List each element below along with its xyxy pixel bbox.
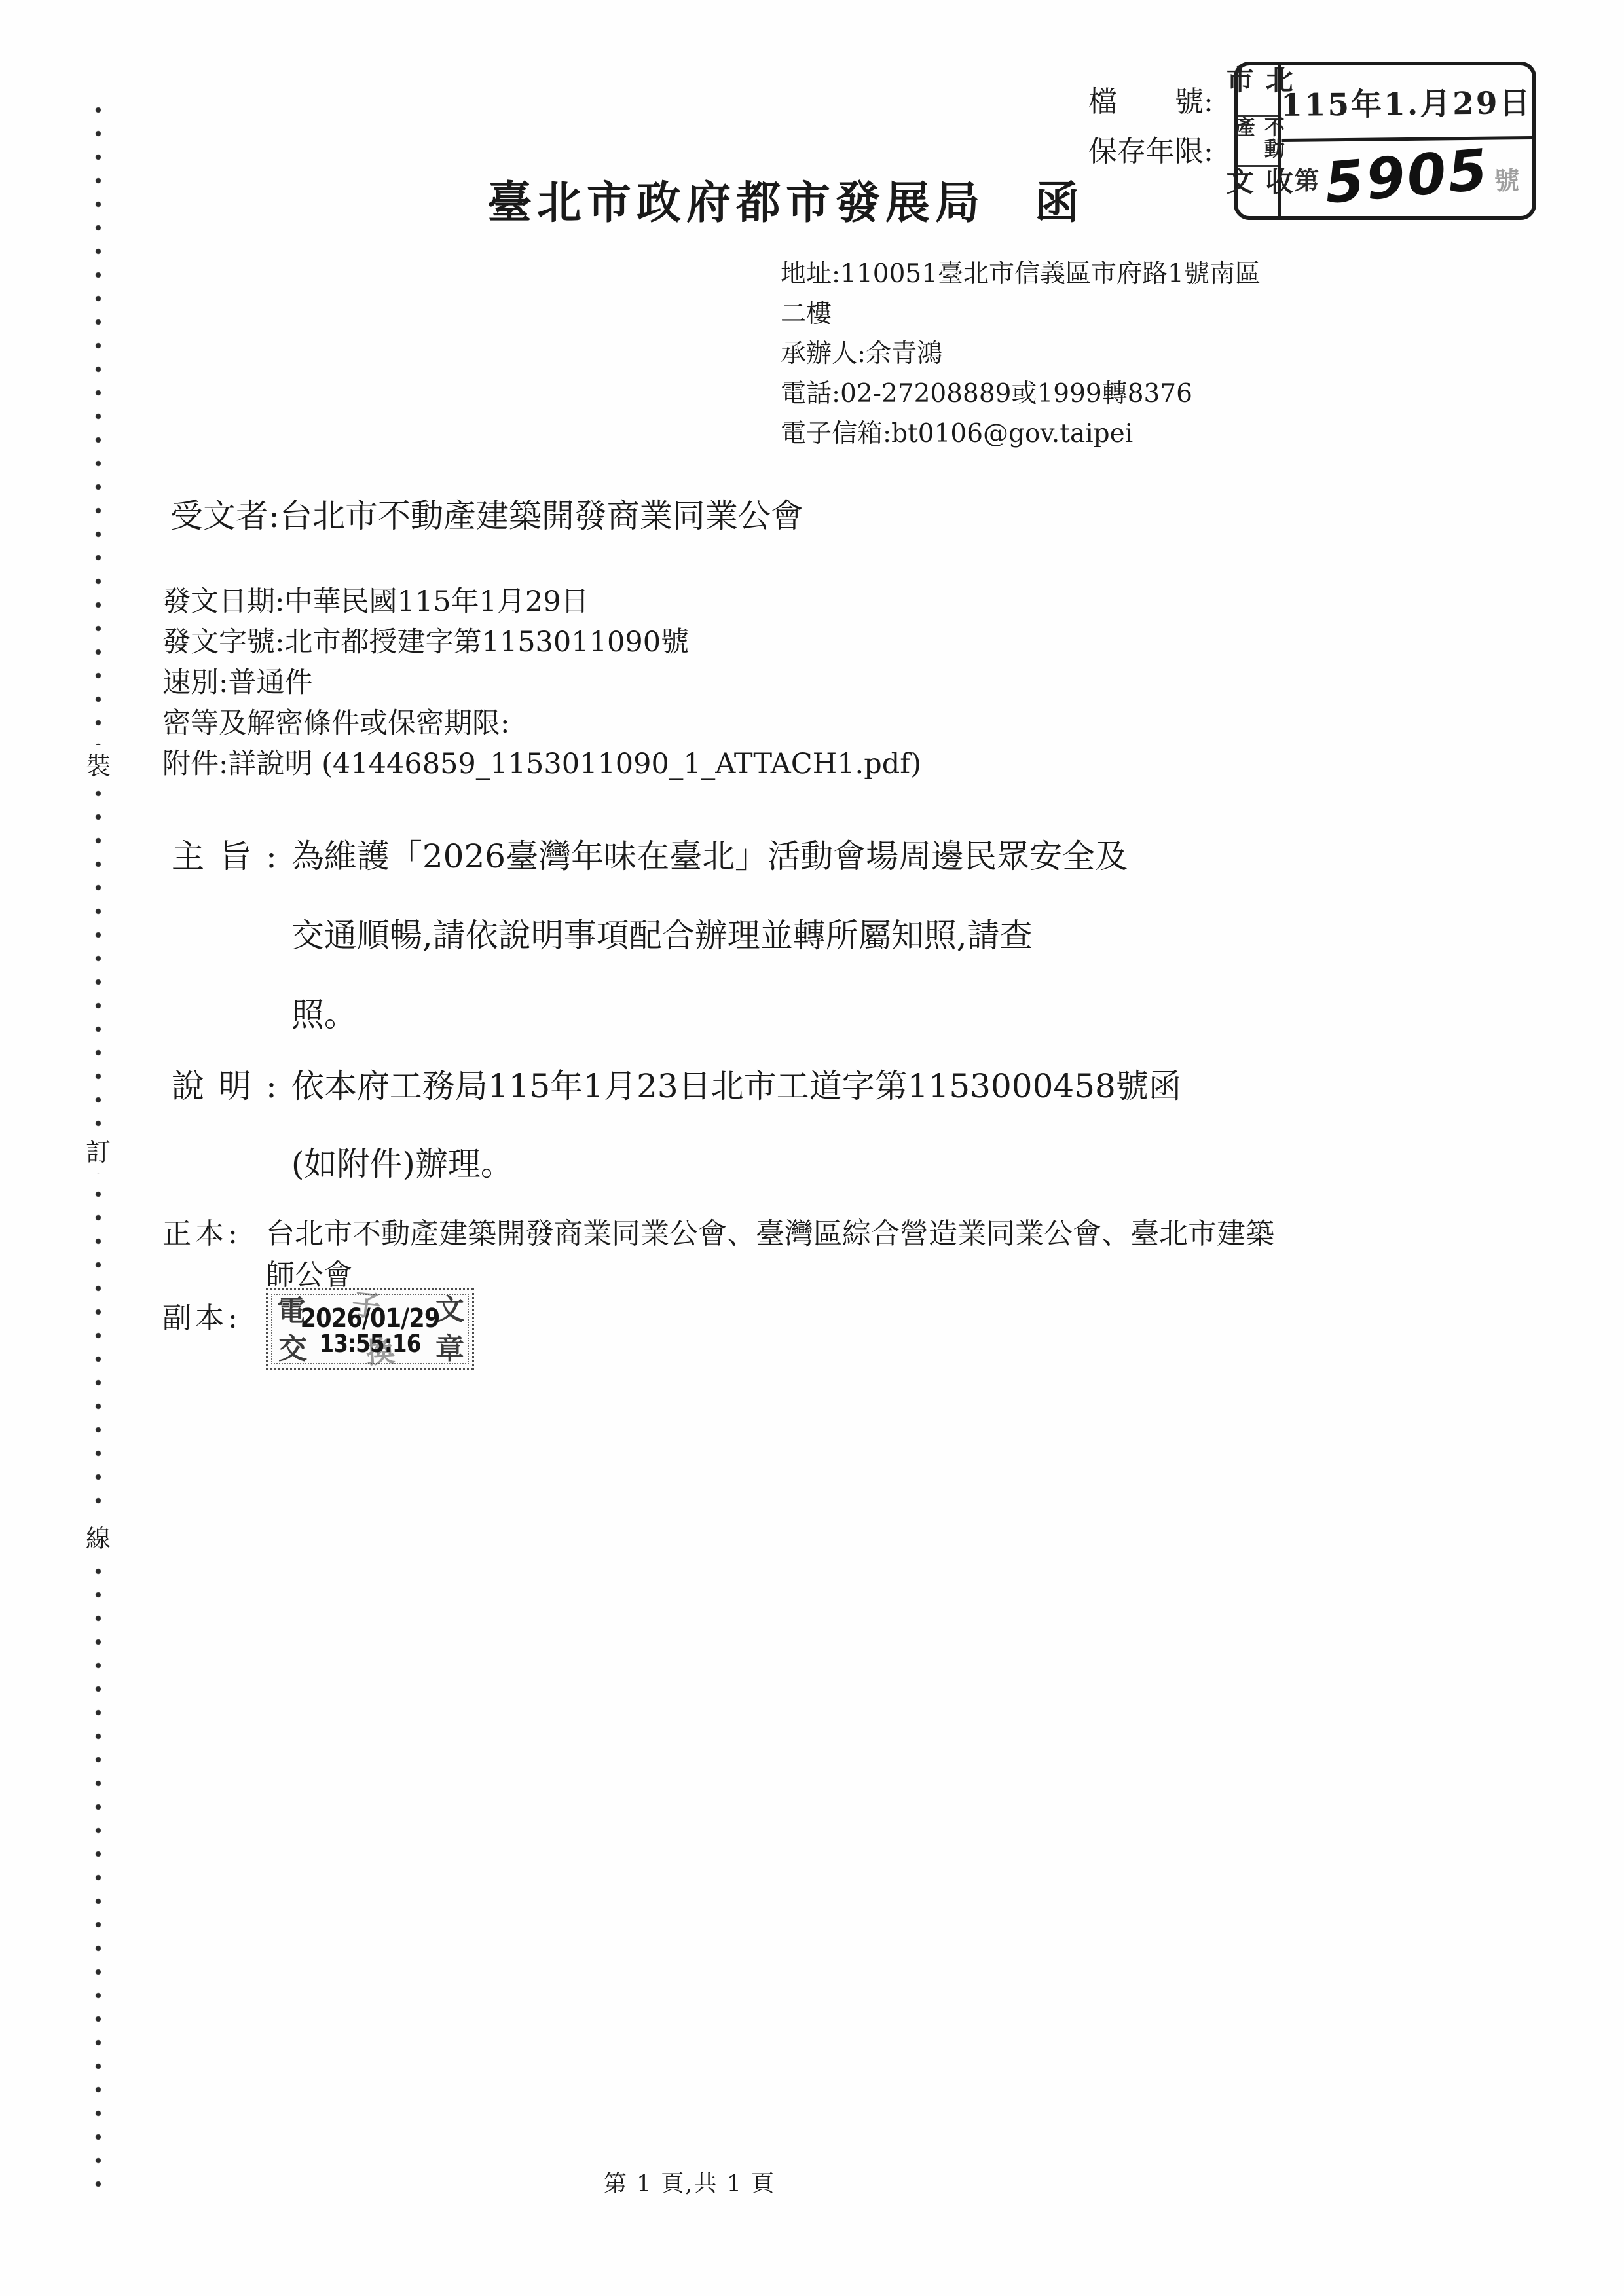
subject-line1: 為維護「2026臺灣年味在臺北」活動會場周邊民眾安全及 [291, 817, 1128, 896]
receipt-number-suffix: 號 [1494, 160, 1519, 196]
receipt-number-prefix: 第 [1294, 160, 1319, 196]
sender-address-line2: 二樓 [781, 294, 1261, 334]
description-line1: 依本府工務局115年1月23日北市工道字第1153000458號函 [291, 1048, 1181, 1125]
speed-class-line: 速別:普通件 [162, 663, 921, 703]
receipt-stamp-org-1: 北市 [1238, 65, 1278, 115]
sender-info-block: 地址:110051臺北市信義區市府路1號南區 二樓 承辦人:余青鴻 電話:02-… [781, 254, 1261, 454]
metadata-block: 發文日期:中華民國115年1月29日 發文字號:北市都授建字第115301109… [162, 581, 921, 784]
page-footer: 第 1 頁,共 1 頁 [559, 2166, 821, 2198]
binding-label-ding: 訂 [84, 1131, 112, 1173]
sender-contact-person: 承辦人:余青鴻 [781, 334, 1261, 374]
sender-address-line1: 地址:110051臺北市信義區市府路1號南區 [781, 254, 1261, 294]
archive-labels: 檔 號: 保存年限: [1088, 77, 1213, 177]
description-label: 說明: [172, 1048, 291, 1203]
original-copy-label: 正本: [162, 1213, 266, 1254]
receipt-stamp: 北市 不動產 收文 115年1.月29日 第 5905 號 [1234, 62, 1536, 220]
description-line2: (如附件)辦理。 [291, 1125, 1181, 1203]
cc-copy-label: 副本: [162, 1298, 266, 1339]
original-copy-body: 台北市不動產建築開發商業同業公會、臺灣區綜合營造業同業公會、臺北市建築 師公會 [266, 1213, 1274, 1296]
classification-line: 密等及解密條件或保密期限: [162, 703, 921, 744]
subject-body: 為維護「2026臺灣年味在臺北」活動會場周邊民眾安全及 交通順暢,請依說明事項配… [291, 817, 1128, 1055]
receipt-number-handwritten: 5905 [1322, 137, 1492, 217]
exchange-stamp-datetime: 2026/01/29 13:55:16 [268, 1303, 472, 1358]
binding-label-xian: 線 [84, 1518, 112, 1559]
attachment-line: 附件:詳說明 (41446859_1153011090_1_ATTACH1.pd… [162, 744, 921, 784]
subject-label: 主旨: [172, 817, 291, 1055]
copies-block: 正本: 台北市不動產建築開發商業同業公會、臺灣區綜合營造業同業公會、臺北市建築 … [162, 1213, 1274, 1370]
binding-dotted-line: 裝 訂 線 [88, 98, 109, 2203]
issue-date-line: 發文日期:中華民國115年1月29日 [162, 581, 921, 622]
receipt-stamp-date: 115年1.月29日 [1281, 64, 1533, 142]
file-number-label: 檔 號: [1088, 77, 1213, 127]
receipt-stamp-number-row: 第 5905 號 [1281, 141, 1532, 216]
electronic-exchange-stamp: 電 子 文 交 換 章 2026/01/29 13:55:16 [266, 1288, 474, 1370]
receipt-stamp-right: 115年1.月29日 第 5905 號 [1281, 65, 1532, 216]
description-body: 依本府工務局115年1月23日北市工道字第1153000458號函 (如附件)辦… [291, 1048, 1181, 1203]
subject-line3: 照。 [291, 975, 1128, 1055]
sender-phone: 電話:02-27208889或1999轉8376 [781, 374, 1261, 414]
exchange-stamp-time: 13:55:16 [280, 1330, 460, 1358]
binding-label-zhuang: 裝 [84, 745, 112, 787]
original-copy-row: 正本: 台北市不動產建築開發商業同業公會、臺灣區綜合營造業同業公會、臺北市建築 … [162, 1213, 1274, 1296]
description-paragraph: 說明: 依本府工務局115年1月23日北市工道字第1153000458號函 (如… [172, 1048, 1181, 1203]
receipt-stamp-org-2: 不動產 [1238, 115, 1278, 168]
scanned-official-letter: 裝 訂 線 檔 號: 保存年限: 北市 不動產 收文 115年1.月29日 第 … [0, 0, 1624, 2296]
subject-paragraph: 主旨: 為維護「2026臺灣年味在臺北」活動會場周邊民眾安全及 交通順暢,請依說… [172, 817, 1128, 1055]
cc-copy-row: 副本: 電 子 文 交 換 章 2026/01/29 13:55:16 [162, 1298, 1274, 1370]
doc-number-line: 發文字號:北市都授建字第1153011090號 [162, 622, 921, 663]
receipt-stamp-org-column: 北市 不動產 收文 [1238, 65, 1281, 216]
recipient-line: 受文者:台北市不動產建築開發商業同業公會 [170, 490, 803, 537]
receipt-stamp-org-3: 收文 [1238, 167, 1278, 216]
original-copy-line1: 台北市不動產建築開發商業同業公會、臺灣區綜合營造業同業公會、臺北市建築 [266, 1213, 1274, 1254]
subject-line2: 交通順暢,請依說明事項配合辦理並轉所屬知照,請查 [291, 896, 1128, 975]
document-title: 臺北市政府都市發展局 函 [399, 168, 1172, 231]
sender-email: 電子信箱:bt0106@gov.taipei [781, 414, 1261, 454]
